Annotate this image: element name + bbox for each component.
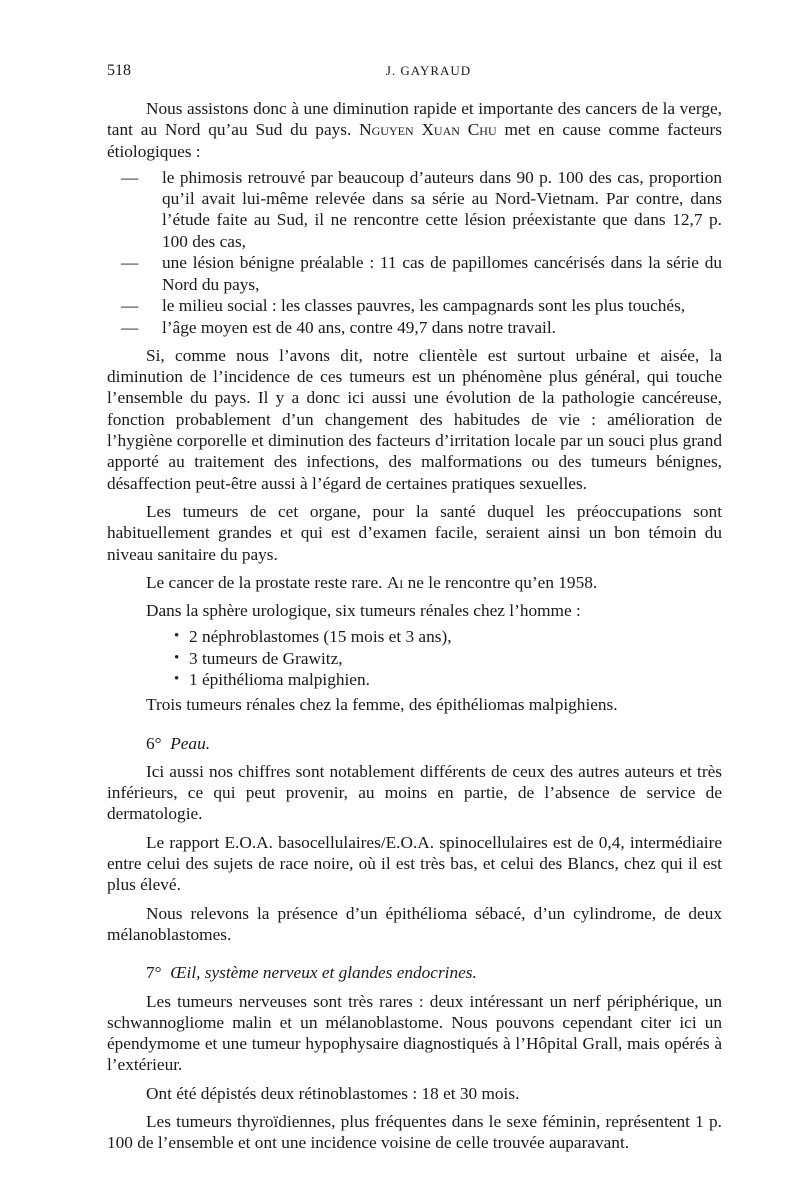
paragraph: Les tumeurs nerveuses sont très rares : …	[107, 991, 722, 1076]
section-number: 6°	[146, 734, 162, 753]
paragraph-prostate: Le cancer de la prostate reste rare. Ai …	[107, 572, 722, 593]
list-item: —le milieu social : les classes pauvres,…	[107, 295, 722, 316]
page: 518 J. GAYRAUD Nous assistons donc à une…	[107, 62, 722, 1154]
section-number: 7°	[146, 963, 162, 982]
paragraph-evolution: Si, comme nous l’avons dit, notre client…	[107, 345, 722, 494]
list-item: —le phimosis retrouvé par beaucoup d’aut…	[107, 167, 722, 252]
list-item: •1 épithélioma malpighien.	[107, 669, 722, 690]
section-title: Œil, système nerveux et glandes endocrin…	[170, 963, 477, 982]
section-title: Peau.	[170, 734, 210, 753]
paragraph-urologique: Dans la sphère urologique, six tumeurs r…	[107, 600, 722, 621]
paragraph: Le rapport E.O.A. basocellulaires/E.O.A.…	[107, 832, 722, 896]
section-heading-6: 6° Peau.	[107, 733, 722, 754]
section-heading-7: 7° Œil, système nerveux et glandes endoc…	[107, 962, 722, 983]
paragraph-femme: Trois tumeurs rénales chez la femme, des…	[107, 694, 722, 715]
intro-paragraph: Nous assistons donc à une diminution rap…	[107, 98, 722, 162]
list-item-text: 3 tumeurs de Grawitz,	[189, 649, 343, 668]
prostate-text: Le cancer de la prostate reste rare.	[146, 573, 387, 592]
running-head: 518 J. GAYRAUD	[107, 62, 722, 86]
dash-marker: —	[121, 252, 138, 273]
dash-marker: —	[121, 167, 138, 188]
paragraph: Les tumeurs thyroïdiennes, plus fréquent…	[107, 1111, 722, 1154]
renal-tumors-list: •2 néphroblastomes (15 mois et 3 ans), •…	[107, 626, 722, 690]
list-item: •2 néphroblastomes (15 mois et 3 ans),	[107, 626, 722, 647]
paragraph-temoin: Les tumeurs de cet organe, pour la santé…	[107, 501, 722, 565]
author-citation: Nguyen Xuan Chu	[359, 120, 497, 139]
running-head-author: J. GAYRAUD	[107, 63, 722, 79]
bullet-marker: •	[174, 669, 179, 690]
list-item-text: 2 néphroblastomes (15 mois et 3 ans),	[189, 627, 452, 646]
list-item: —l’âge moyen est de 40 ans, contre 49,7 …	[107, 317, 722, 338]
list-item-text: 1 épithélioma malpighien.	[189, 670, 370, 689]
etiological-factors-list: —le phimosis retrouvé par beaucoup d’aut…	[107, 167, 722, 338]
bullet-marker: •	[174, 648, 179, 669]
prostate-text-end: ne le rencontre qu’en 1958.	[403, 573, 597, 592]
bullet-marker: •	[174, 626, 179, 647]
paragraph: Ici aussi nos chiffres sont notablement …	[107, 761, 722, 825]
list-item-text: le phimosis retrouvé par beaucoup d’aute…	[162, 168, 722, 251]
author-citation: Ai	[387, 573, 403, 592]
list-item-text: le milieu social : les classes pauvres, …	[162, 296, 685, 315]
dash-marker: —	[121, 295, 138, 316]
list-item-text: une lésion bénigne préalable : 11 cas de…	[162, 253, 722, 293]
paragraph: Ont été dépistés deux rétinoblastomes : …	[107, 1083, 722, 1104]
list-item-text: l’âge moyen est de 40 ans, contre 49,7 d…	[162, 318, 556, 337]
list-item: —une lésion bénigne préalable : 11 cas d…	[107, 252, 722, 295]
list-item: •3 tumeurs de Grawitz,	[107, 648, 722, 669]
dash-marker: —	[121, 317, 138, 338]
paragraph: Nous relevons la présence d’un épithélio…	[107, 903, 722, 946]
